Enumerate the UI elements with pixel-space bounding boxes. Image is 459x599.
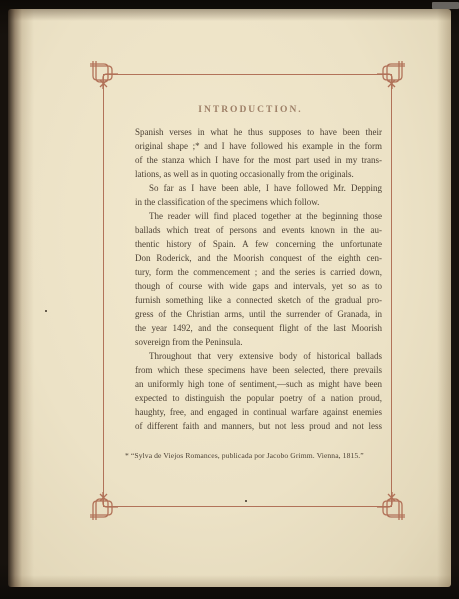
corner-knot-icon bbox=[377, 59, 407, 89]
text-line: thentic history of Spain. A few concerni… bbox=[135, 237, 382, 251]
corner-knot-icon bbox=[88, 492, 118, 522]
ink-speck bbox=[245, 500, 247, 502]
text-line: of the stanza which I have for the most … bbox=[135, 153, 382, 167]
text-line: Spanish verses in what he thus supposes … bbox=[135, 125, 382, 139]
text-line: furnish something like a connected sketc… bbox=[135, 293, 382, 307]
text-line: from which these specimens have been sel… bbox=[135, 363, 382, 377]
text-line: tury, form the commencement ; and the se… bbox=[135, 265, 382, 279]
text-line: sovereign from the Peninsula. bbox=[135, 335, 382, 349]
text-line: original shape ;* and I have followed hi… bbox=[135, 139, 382, 153]
text-line: an uniformly high tone of sentiment,—suc… bbox=[135, 377, 382, 391]
text-line: in the classification of the specimens w… bbox=[135, 195, 382, 209]
text-line: expected to distinguish the popular poet… bbox=[135, 391, 382, 405]
text-line: of different faith and manners, but not … bbox=[135, 419, 382, 433]
body-text: Spanish verses in what he thus supposes … bbox=[135, 125, 382, 433]
text-line: Throughout that very extensive body of h… bbox=[135, 349, 382, 363]
text-line: lations, as well as in quoting occasiona… bbox=[135, 167, 382, 181]
text-line: So far as I have been able, I have follo… bbox=[135, 181, 382, 195]
text-line: gress of the Christian arms, until the s… bbox=[135, 307, 382, 321]
corner-knot-icon bbox=[88, 59, 118, 89]
footnote: * “Sylva de Viejos Romances, publicada p… bbox=[125, 451, 379, 461]
ink-speck bbox=[45, 310, 47, 312]
text-line: The reader will find placed together at … bbox=[135, 209, 382, 223]
book-page: INTRODUCTION. Spanish verses in what he … bbox=[8, 9, 451, 587]
scanned-book-photo: INTRODUCTION. Spanish verses in what he … bbox=[0, 0, 459, 599]
text-line: though of course with wide gaps and inte… bbox=[135, 279, 382, 293]
corner-knot-icon bbox=[377, 492, 407, 522]
text-line: haughty, free, and engaged in continual … bbox=[135, 405, 382, 419]
text-line: Don Roderick, and the Moorish conquest o… bbox=[135, 251, 382, 265]
text-line: ballads which treat of persons and event… bbox=[135, 223, 382, 237]
scan-artifact bbox=[432, 2, 459, 9]
chapter-heading: INTRODUCTION. bbox=[127, 105, 374, 115]
text-line: the year 1492, and the consequent flight… bbox=[135, 321, 382, 335]
